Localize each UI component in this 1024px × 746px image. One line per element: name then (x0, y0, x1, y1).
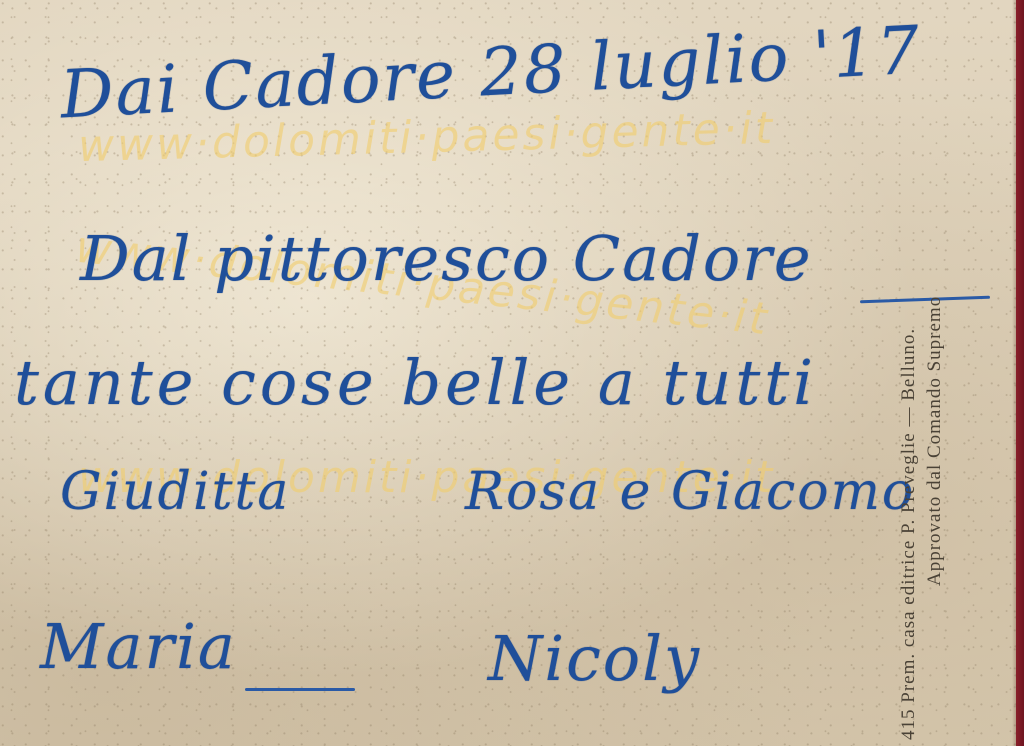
publisher-imprint: 415 Prem. casa editrice P. Preveglie — B… (898, 328, 920, 740)
signature-underline (245, 688, 355, 691)
signature-maria: Maria (40, 610, 237, 683)
red-background-edge (1016, 0, 1024, 746)
postcard-photo: www·dolomiti·paesi·gente·it www·dolomiti… (0, 0, 1024, 746)
handwritten-names-rosa-giacomo: Rosa e Giacomo (465, 462, 915, 522)
handwritten-message-line: tante cose belle a tutti (14, 346, 817, 419)
handwritten-name-giuditta: Giuditta (60, 462, 290, 522)
handwritten-greeting-line: Dal pittoresco Cadore (80, 222, 813, 295)
signature-nicoly: Nicoly (488, 622, 701, 695)
approval-imprint: Approvato dal Comando Supremo (924, 296, 946, 586)
